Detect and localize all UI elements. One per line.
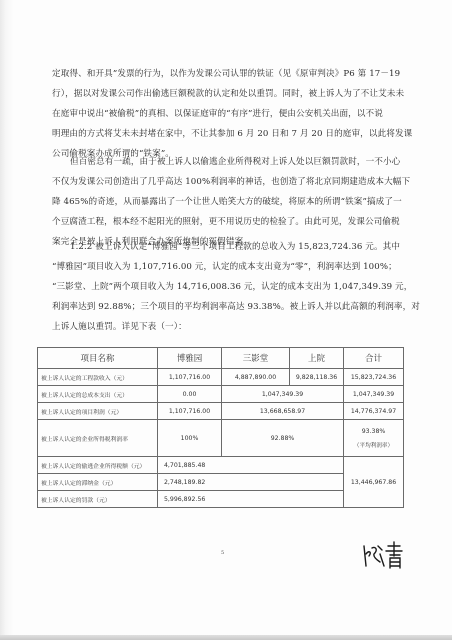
row-label: 被上诉人认定的滞纳金（元） [38,474,158,491]
header-sanyingtang: 三影堂 [222,348,290,369]
text-line: 但百密总有一疏，由于被上诉人以偷逃企业所得税对上诉人处以巨额罚款时，一不小心 [52,152,398,172]
text-line: 个豆腐渣工程，根本经不起阳光的照射，更不用说历史的检验了。由此可见，发课公司偷税 [52,212,398,232]
cell-combined-total: 13,446,967.86 [344,457,404,508]
header-total: 合计 [344,348,404,369]
header-boyayuan: 博雅园 [158,348,222,369]
row-label: 被上诉人认定的工程款收入（元） [38,369,158,386]
paragraph-1: 定取得、和开具”发票的行为，以作为发课公司认罪的铁证（见《原审判决》P6 第 1… [52,64,398,164]
text-line: 1.2.2 被上诉人认定“博雅园”等三个项目工程款的总收入为 15,823,72… [52,237,398,257]
cell-sanying-shangyuan: 1,047,349.39 [222,386,344,403]
cell-value: 5,996,892.56 [158,491,344,508]
table-row-profit-rate: 被上诉人认定的企业所得税利润率 100% 92.88% 93.38% （平均利润… [38,420,404,457]
table-row-evaded-tax: 被上诉人认定的偷逃企业所得税额（元） 4,701,885.48 13,446,9… [38,457,404,474]
cell-boyayuan: 1,107,716.00 [158,369,222,386]
text-line: 利润率达到 92.88%；三个项目的平均利润率高达 93.38%。被上诉人并以此… [52,297,398,317]
row-label: 被上诉人认定的偷逃企业所得税额（元） [38,457,158,474]
cell-boyayuan: 100% [158,420,222,457]
text-line: 行），据以对发课公司作出偷逃巨额税款的认定和处以重罚。同时，被上诉人为了不让艾未… [52,84,398,104]
text-line: 在庭审中说出“被偷税”的真相、以保证庭审的“有序”进行，便由公安机关出面，以不说 [52,104,398,124]
cell-sanying-shangyuan: 13,668,658.97 [222,403,344,420]
table-row-cost: 被上诉人认定的总成本支出（元） 0.00 1,047,349.39 1,047,… [38,386,404,403]
cell-total: 93.38% （平均利润率） [344,420,404,457]
header-project-name: 项目名称 [38,348,158,369]
text-line: 降 465%的奇迹，从而暴露出了一个让世人贻笑大方的破绽，将原本的所谓“铁案”搞… [52,192,398,212]
scanned-page: 定取得、和开具”发票的行为，以作为发课公司认罪的铁证（见《原审判决》P6 第 1… [0,0,452,640]
text-line: 明理由的方式将艾未未封堵在家中，不让其参加 6 月 20 日和 7 月 20 日… [52,124,398,144]
table-row-profit: 被上诉人认定的项目利润（元） 1,107,716.00 13,668,658.9… [38,403,404,420]
cell-value: 4,701,885.48 [158,457,344,474]
row-label: 被上诉人认定的罚款（元） [38,491,158,508]
cell-total: 14,776,374.97 [344,403,404,420]
header-shangyuan: 上院 [290,348,344,369]
cell-shangyuan: 9,828,118.36 [290,369,344,386]
text-line: “三影堂、上院”两个项目收入为 14,716,008.36 元，认定的成本支出为… [52,277,398,297]
cell-total: 15,823,724.36 [344,369,404,386]
cell-sanyingtang: 4,887,890.00 [222,369,290,386]
average-rate: 93.38% [362,428,386,435]
cell-boyayuan: 0.00 [158,386,222,403]
tax-table: 项目名称 博雅园 三影堂 上院 合计 被上诉人认定的工程款收入（元） 1,107… [37,347,404,508]
row-label: 被上诉人认定的项目利润（元） [38,403,158,420]
table-header-row: 项目名称 博雅园 三影堂 上院 合计 [38,348,404,369]
cell-value: 2,748,189.82 [158,474,344,491]
row-label: 被上诉人认定的总成本支出（元） [38,386,158,403]
table-row-income: 被上诉人认定的工程款收入（元） 1,107,716.00 4,887,890.0… [38,369,404,386]
signature-icon [360,540,420,570]
row-label: 被上诉人认定的企业所得税利润率 [38,420,158,457]
cell-boyayuan: 1,107,716.00 [158,403,222,420]
cell-total: 1,047,349.39 [344,386,404,403]
text-line: 上诉人施以重罚。详见下表（一）： [52,317,398,337]
paragraph-3: 1.2.2 被上诉人认定“博雅园”等三个项目工程款的总收入为 15,823,72… [52,237,398,337]
text-line: “博雅园”项目收入为 1,107,716.00 元，认定的成本支出竟为“零”，利… [52,257,398,277]
text-line: 定取得、和开具”发票的行为，以作为发课公司认罪的铁证（见《原审判决》P6 第 1… [52,64,398,84]
text-line: 不仅为发课公司创造出了几乎高达 100%利润率的神话，也创造了将北京同期建造成本… [52,172,398,192]
handwritten-signature [360,540,420,574]
page-number: 5 [221,550,224,556]
average-rate-note: （平均利润率） [347,441,400,449]
cell-sanying-shangyuan: 92.88% [222,420,344,457]
scan-edge [0,635,452,640]
